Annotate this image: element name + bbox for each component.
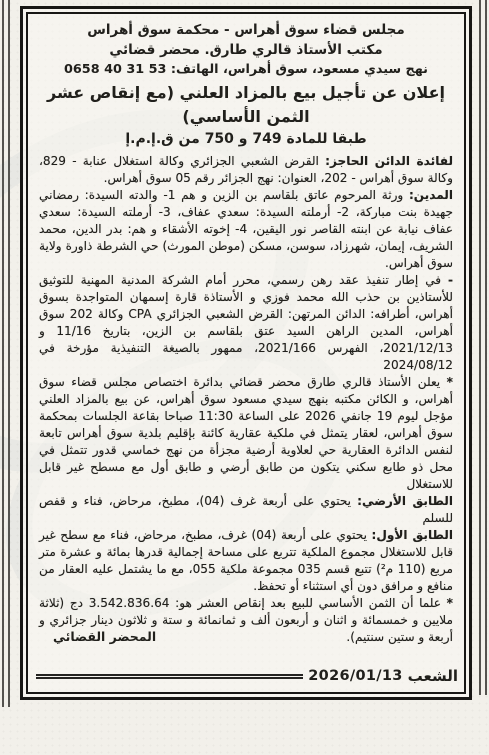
bailiff-office: مكتب الأستاذ قالري طارق. محضر قضائي bbox=[39, 40, 453, 60]
legal-basis: طبقا للمادة 749 و 750 من ق.إ.م.إ bbox=[39, 129, 453, 149]
announcement-content: مجلس قضاء سوق أهراس - محكمة سوق أهراس مك… bbox=[28, 14, 464, 644]
announcement-frame: مجلس قضاء سوق أهراس - محكمة سوق أهراس مك… bbox=[20, 6, 472, 700]
paragraph-lead: لفائدة الدائن الحاجز: bbox=[325, 154, 453, 168]
address-phone: نهج سيدي مسعود، سوق أهراس، الهاتف: 53 31… bbox=[39, 60, 453, 79]
paragraph-mortgage-deed: - في إطار تنفيذ عقد رهن رسمي، محرر أمام … bbox=[39, 272, 453, 374]
paragraph-lead: الطابق الأرضي: bbox=[357, 494, 453, 508]
paragraph-text: في إطار تنفيذ عقد رهن رسمي، محرر أمام ال… bbox=[39, 273, 453, 372]
newspaper-name: الشعب bbox=[408, 667, 458, 685]
announcement-frame-inner: مجلس قضاء سوق أهراس - محكمة سوق أهراس مك… bbox=[26, 12, 466, 694]
footer-rule bbox=[36, 674, 303, 679]
paragraph-text: يعلن الأستاذ قالري طارق محضر قضائي بدائر… bbox=[39, 375, 453, 491]
paragraph-lead: * bbox=[447, 375, 453, 389]
paragraph-lead: * bbox=[447, 596, 453, 610]
scanned-announcement-page: مجلس قضاء سوق أهراس - محكمة سوق أهراس مك… bbox=[0, 0, 489, 755]
paragraph-first-floor: الطابق الأول: يحتوي على أربعة (04) غرف، … bbox=[39, 527, 453, 595]
paragraph-text: ورثة المرحوم عاتق بلقاسم بن الزين و هم 1… bbox=[39, 188, 453, 270]
court-name: مجلس قضاء سوق أهراس - محكمة سوق أهراس bbox=[39, 20, 453, 40]
paragraph-creditor: لفائدة الدائن الحاجز: القرض الشعبي الجزا… bbox=[39, 153, 453, 187]
paragraph-lead: الطابق الأول: bbox=[372, 528, 453, 542]
paragraph-lead: - bbox=[448, 273, 453, 287]
adjacent-clipping-border-right bbox=[479, 0, 487, 695]
announcement-title: إعلان عن تأجيل بيع بالمزاد العلني (مع إن… bbox=[39, 81, 453, 129]
adjacent-clipping-border-left bbox=[2, 0, 10, 707]
paragraph-lead: المدين: bbox=[409, 188, 453, 202]
paragraph-auction-notice: * يعلن الأستاذ قالري طارق محضر قضائي بدا… bbox=[39, 374, 453, 493]
paragraph-debtor: المدين: ورثة المرحوم عاتق بلقاسم بن الزي… bbox=[39, 187, 453, 272]
paragraph-ground-floor: الطابق الأرضي: يحتوي على أربعة غرف (04)،… bbox=[39, 493, 453, 527]
publication-date: 2026/01/13 bbox=[308, 668, 402, 684]
publication-footer: الشعب 2026/01/13 bbox=[36, 667, 458, 685]
